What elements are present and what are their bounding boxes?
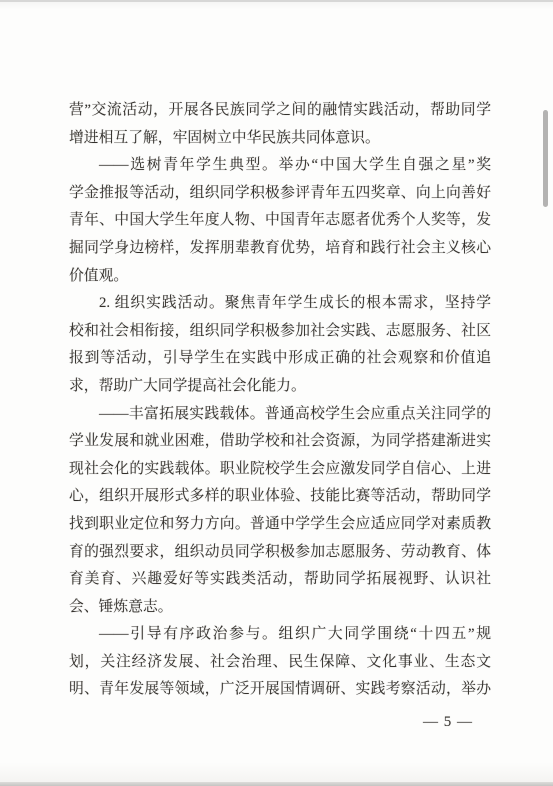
text-line: 找到职业定位和努力方向。普通中学学生会应适应同学对素质教 (69, 511, 491, 539)
scrollbar-thumb[interactable] (543, 110, 548, 207)
text-line: 心，组织开展形式多样的职业体验、技能比赛等活动，帮助同学 (69, 483, 491, 511)
text-line: 划，关注经济发展、社会治理、民生保障、文化事业、生态文 (69, 649, 491, 677)
page-top-edge (0, 0, 553, 2)
text-line: 求，帮助广大同学提高社会化能力。 (69, 373, 491, 401)
text-line: 营”交流活动，开展各民族同学之间的融情实践活动，帮助同学 (69, 97, 491, 125)
text-line: 报到等活动，引导学生在实践中形成正确的社会观察和价值追 (69, 345, 491, 373)
text-line: 青年、中国大学生年度人物、中国青年志愿者优秀个人奖等，发 (69, 207, 491, 235)
text-line: 育的强烈要求，组织动员同学积极参加志愿服务、劳动教育、体 (69, 539, 491, 567)
text-line: ——引导有序政治参与。组织广大同学围绕“十四五”规 (69, 621, 491, 649)
document-page: 营”交流活动，开展各民族同学之间的融情实践活动，帮助同学增进相互了解，牢固树立中… (0, 0, 553, 786)
text-line: 明、青年发展等领域，广泛开展国情调研、实践考察活动，举办 (69, 676, 491, 704)
text-line: 掘同学身边榜样，发挥朋辈教育优势，培育和践行社会主义核心 (69, 235, 491, 263)
text-line: 会、锤炼意志。 (69, 594, 491, 622)
page-bottom-edge (0, 782, 553, 786)
text-line: 现社会化的实践载体。职业院校学生会应激发同学自信心、上进 (69, 456, 491, 484)
text-line: 学金推报等活动，组织同学积极参评青年五四奖章、向上向善好 (69, 180, 491, 208)
text-line: 育美育、兴趣爱好等实践类活动，帮助同学拓展视野、认识社 (69, 566, 491, 594)
text-line: 校和社会相衔接，组织同学积极参加社会实践、志愿服务、社区 (69, 318, 491, 346)
text-line: 增进相互了解，牢固树立中华民族共同体意识。 (69, 125, 491, 153)
page-number: — 5 — (423, 710, 473, 734)
text-line: 学业发展和就业困难，借助学校和社会资源，为同学搭建渐进实 (69, 428, 491, 456)
text-line: 价值观。 (69, 263, 491, 291)
document-text: 营”交流活动，开展各民族同学之间的融情实践活动，帮助同学增进相互了解，牢固树立中… (69, 97, 491, 704)
text-line: 2. 组织实践活动。聚焦青年学生成长的根本需求，坚持学 (69, 290, 491, 318)
text-line: ——选树青年学生典型。举办“中国大学生自强之星”奖 (69, 152, 491, 180)
text-line: ——丰富拓展实践载体。普通高校学生会应重点关注同学的 (69, 401, 491, 429)
